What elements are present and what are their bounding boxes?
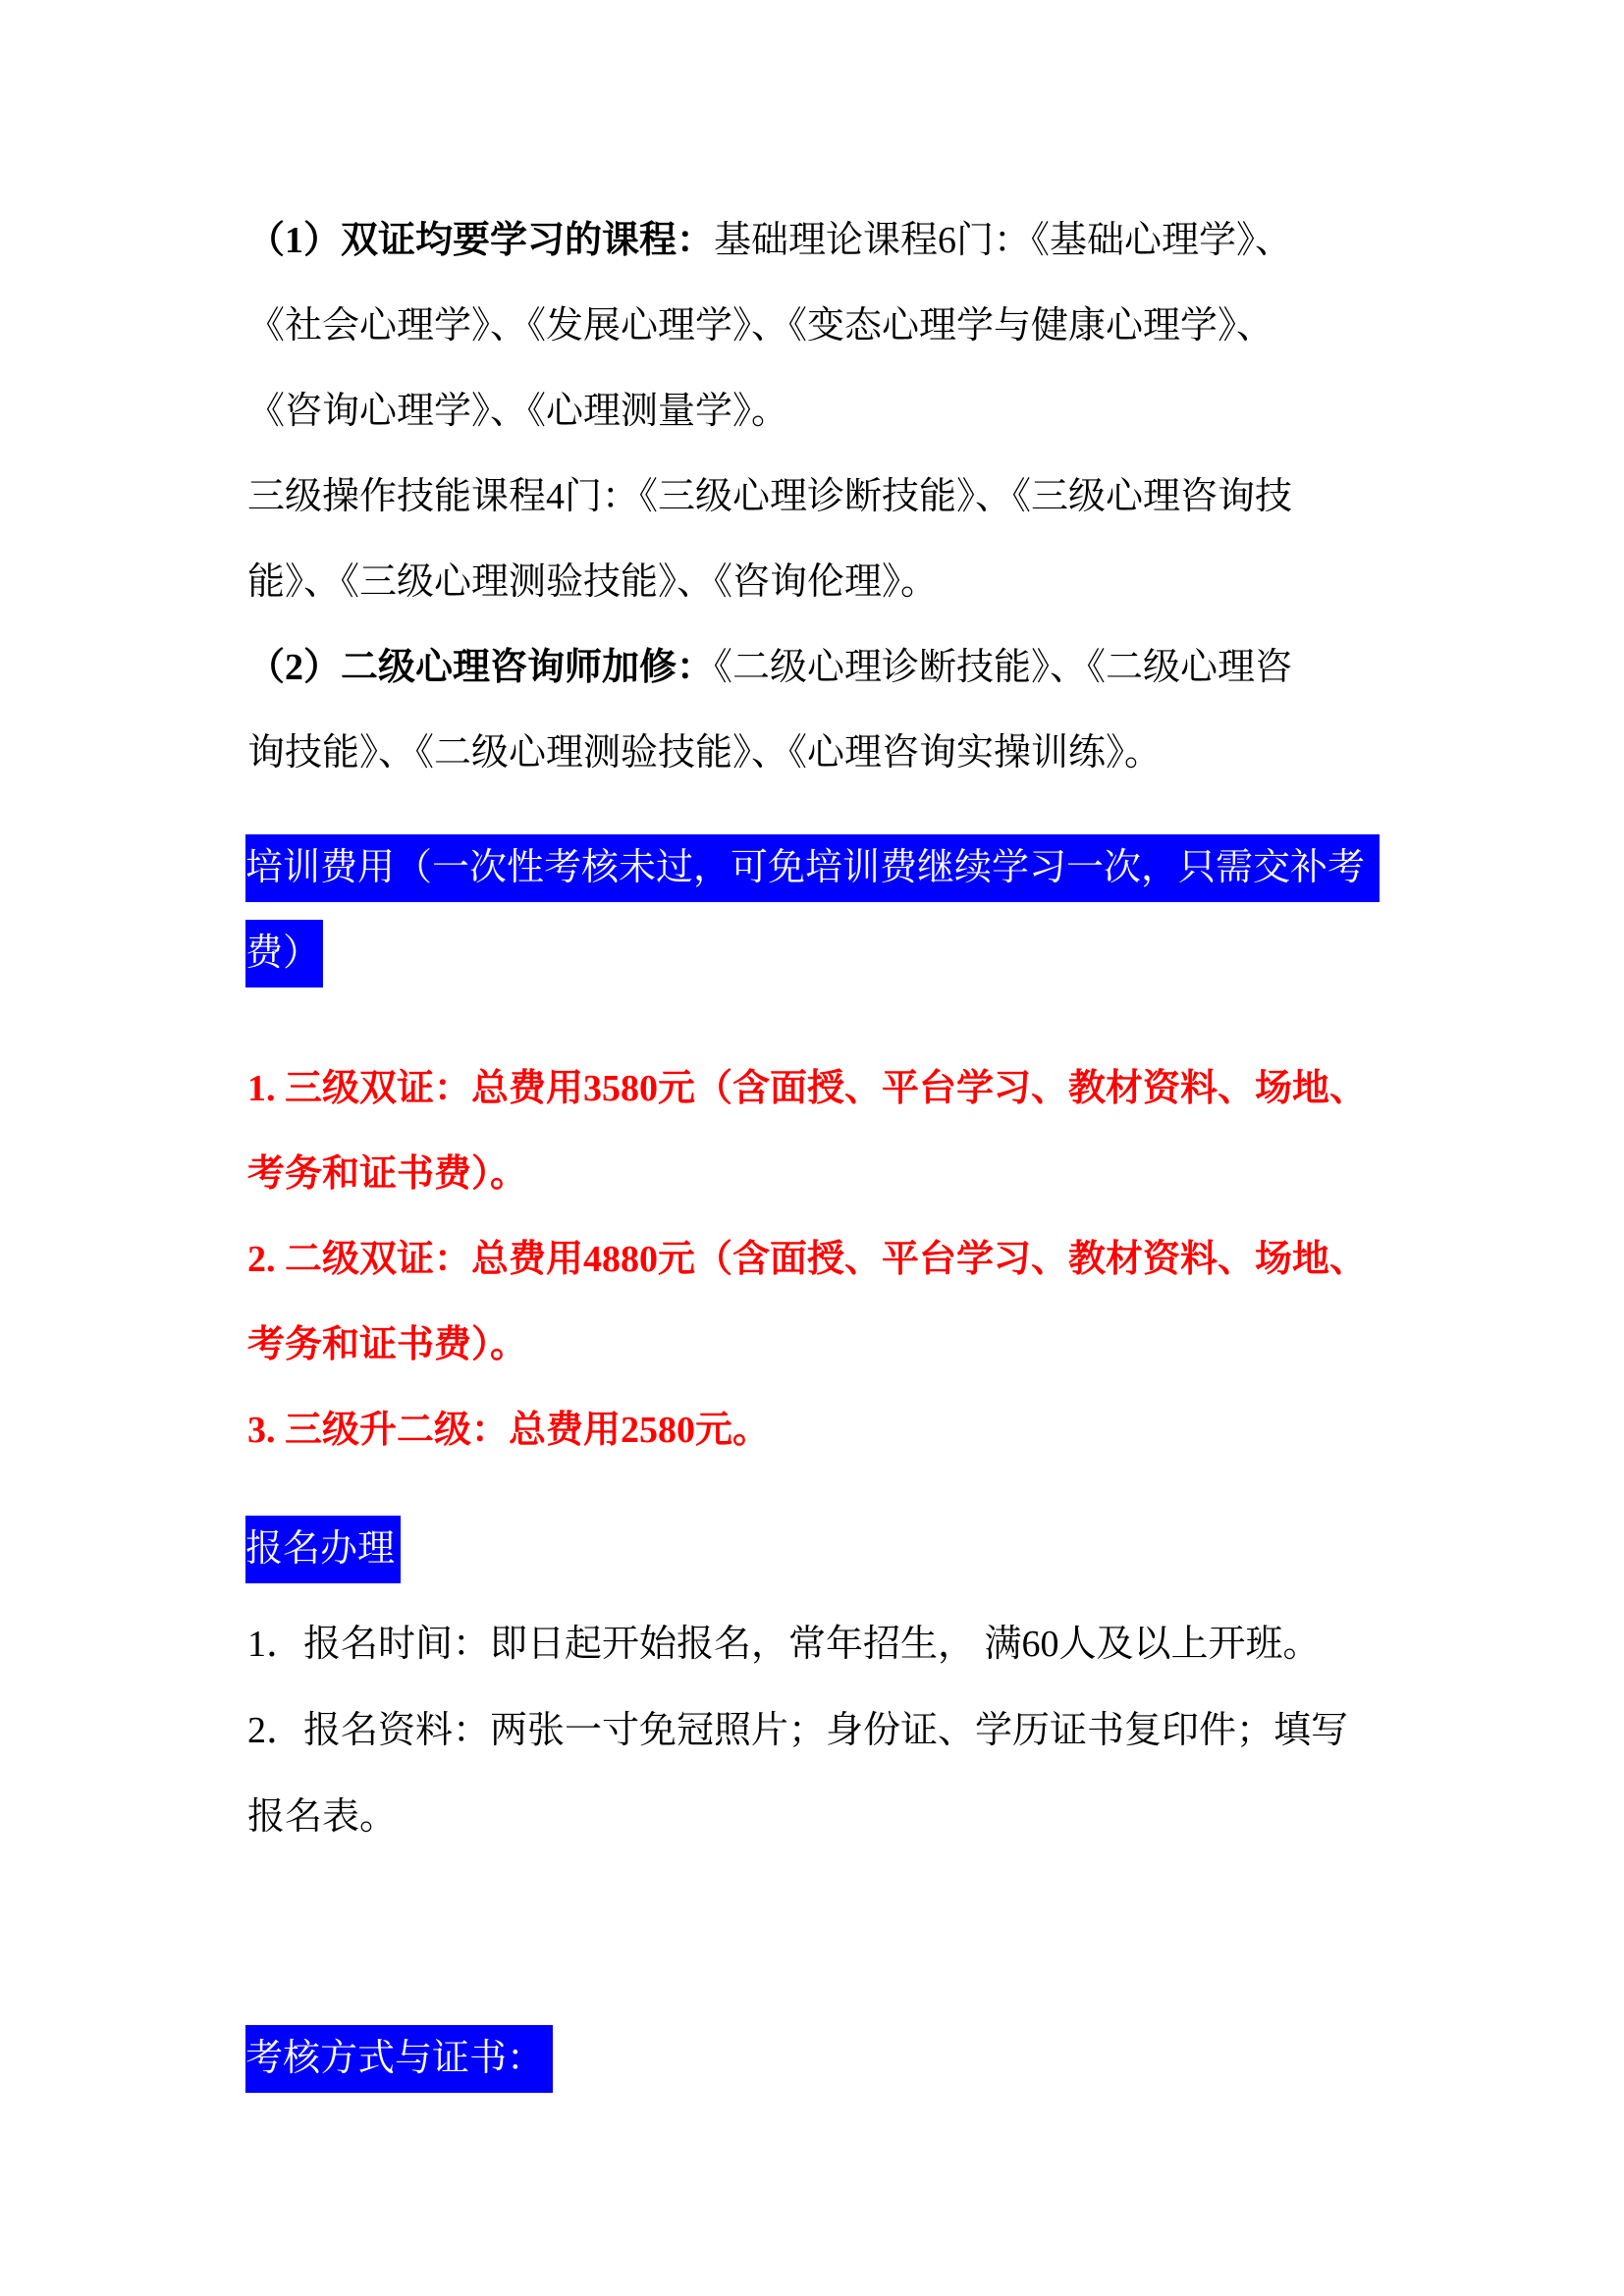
registration-materials-line-1: 2．报名资料：两张一寸免冠照片；身份证、学历证书复印件；填写 (247, 1688, 1348, 1774)
course-para-3-line-1: （2）二级心理咨询师加修：《二级心理诊断技能》、《二级心理咨 (247, 625, 1292, 711)
registration-materials-line-2: 报名表。 (247, 1775, 397, 1860)
course-para-1-line-2: 《社会心理学》、《发展心理学》、《变态心理学与健康心理学》、 (247, 284, 1273, 369)
fees-heading-line-1: 培训费用（一次性考核未过，可免培训费继续学习一次，只需交补考 (245, 834, 1380, 902)
course-heading-both-certificates: （1）双证均要学习的课程： (247, 220, 714, 261)
exam-heading: 考核方式与证书： (245, 2025, 553, 2093)
fee-item-2-line-2: 考务和证书费）。 (247, 1303, 527, 1388)
course-text: 《二级心理诊断技能》、《二级心理咨 (714, 647, 1292, 688)
fee-item-1-line-2: 考务和证书费）。 (247, 1132, 527, 1217)
course-para-2-line-1: 三级操作技能课程4门：《三级心理诊断技能》、《三级心理咨询技 (247, 454, 1292, 540)
course-text: 基础理论课程6门：《基础心理学》、 (714, 220, 1292, 261)
fee-item-1-line-1: 1. 三级双证：总费用3580元（含面授、平台学习、教材资料、场地、 (247, 1046, 1367, 1132)
fees-heading-line-2: 费） (245, 920, 323, 988)
fee-item-3: 3. 三级升二级：总费用2580元。 (247, 1388, 770, 1473)
course-para-2-line-2: 能》、《三级心理测验技能》、《咨询伦理》。 (247, 540, 938, 625)
course-heading-level2: （2）二级心理咨询师加修： (247, 647, 714, 688)
course-para-1-line-3: 《咨询心理学》、《心理测量学》。 (247, 369, 788, 454)
course-para-3-line-2: 询技能》、《二级心理测验技能》、《心理咨询实操训练》。 (247, 711, 1162, 796)
fee-item-2-line-1: 2. 二级双证：总费用4880元（含面授、平台学习、教材资料、场地、 (247, 1217, 1367, 1303)
course-para-1-line-1: （1）双证均要学习的课程：基础理论课程6门：《基础心理学》、 (247, 198, 1292, 284)
registration-heading: 报名办理 (245, 1516, 401, 1583)
registration-time: 1．报名时间：即日起开始报名，常年招生， 满60人及以上开班。 (247, 1602, 1321, 1687)
